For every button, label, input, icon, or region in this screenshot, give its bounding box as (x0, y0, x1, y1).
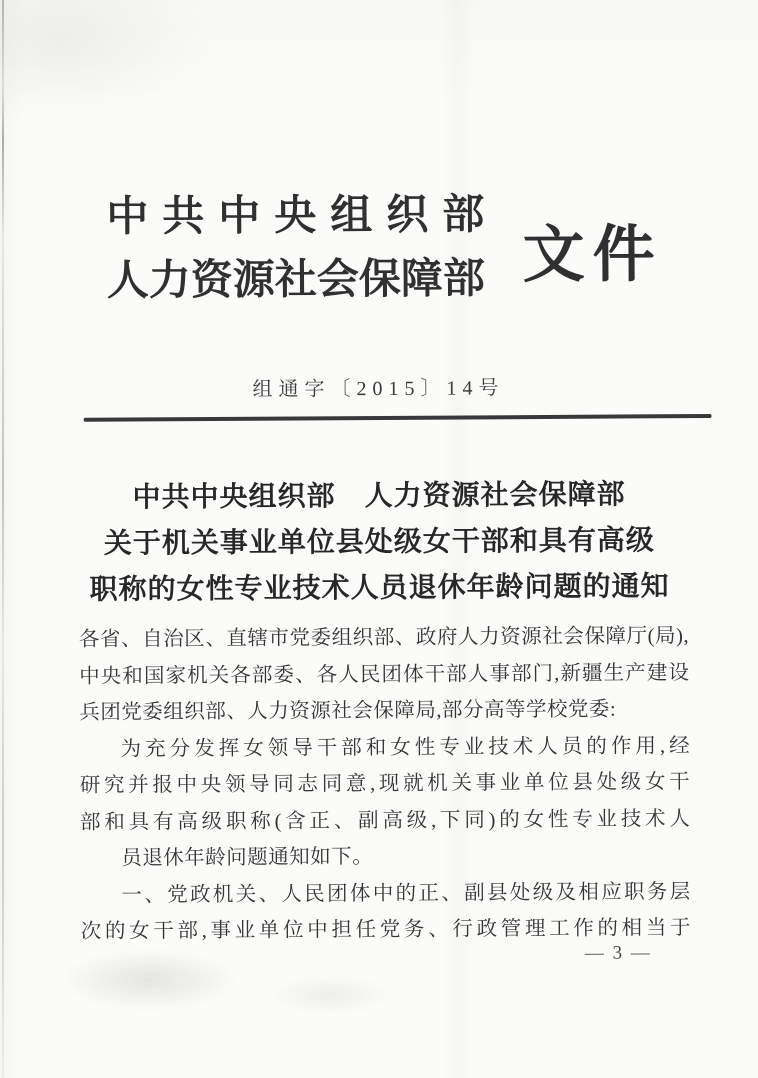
body-line: 一、党政机关、人民团体中的正、副县处级及相应职务层 (80, 874, 690, 914)
body-line: 部和具有高级职称(含正、副高级,下同)的女性专业技术人 (80, 801, 690, 841)
title-line-1: 中共中央组织部 人力资源社会保障部 (0, 472, 758, 523)
body-line: 为充分发挥女领导干部和女性专业技术人员的作用,经 (79, 728, 689, 768)
body-line: 员退休年龄问题通知如下。 (80, 837, 690, 877)
scanned-document-page: 中共中央组织部 人力资源社会保障部 文件 组通字〔2015〕14号 中共中央组织… (0, 0, 758, 1078)
letterhead-agency-names: 中共中央组织部 人力资源社会保障部 (106, 179, 485, 309)
agency-name-line-1: 中共中央组织部 (106, 179, 484, 245)
document-title: 中共中央组织部 人力资源社会保障部 关于机关事业单位县处级女干部和具有高级 职称… (0, 472, 758, 615)
title-line-3: 职称的女性专业技术人员退休年龄问题的通知 (1, 564, 758, 615)
body-line: 中央和国家机关各部委、各人民团体干部人事部门,新疆生产建设 (79, 655, 689, 695)
doc-type-label: 文件 (522, 204, 663, 294)
separator-rule (84, 414, 712, 422)
title-line-2: 关于机关事业单位县处级女干部和具有高级 (0, 518, 758, 569)
page-content: 中共中央组织部 人力资源社会保障部 文件 组通字〔2015〕14号 中共中央组织… (0, 0, 758, 1078)
body-line: 研究并报中央领导同志同意,现就机关事业单位县处级女干 (80, 764, 690, 804)
agency-name-line-2: 人力资源社会保障部 (107, 243, 485, 309)
body-line: 兵团党委组织部、人力资源社会保障局,部分高等学校党委: (79, 691, 689, 731)
doc-number: 组通字〔2015〕14号 (0, 370, 757, 404)
page-number: — 3 — (585, 942, 652, 964)
body-text: 各省、自治区、直辖市党委组织部、政府人力资源社会保障厅(局), 中央和国家机关各… (79, 618, 691, 950)
body-line: 各省、自治区、直辖市党委组织部、政府人力资源社会保障厅(局), (79, 618, 689, 658)
